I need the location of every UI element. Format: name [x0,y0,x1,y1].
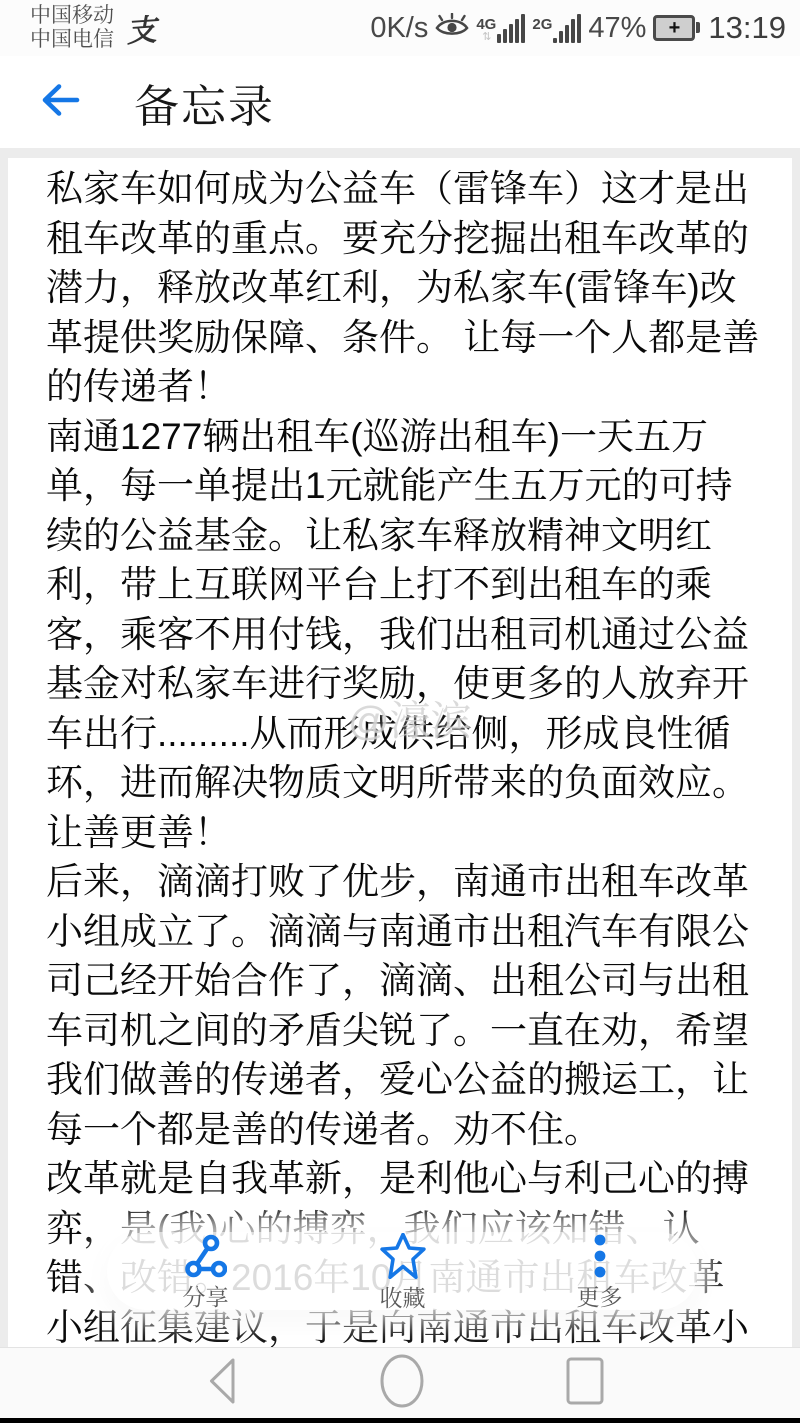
carrier-2: 中国电信 [30,28,114,52]
network-speed: 0K/s [370,12,428,45]
floating-toolbar: 分享 收藏 更多 [107,1232,698,1310]
status-bar: 中国移动 中国电信 支 0K/s 4G ⇅ [0,0,800,56]
note-line: 后来，滴滴打败了优步，南通市出租车改革 [46,857,766,907]
arrow-left-icon [39,80,81,125]
share-button[interactable]: 分享 [146,1234,266,1309]
phone-screen: 中国移动 中国电信 支 0K/s 4G ⇅ [0,0,800,1423]
note-line: 环，进而解决物质文明所带来的负面效应。 [46,758,766,808]
note-line: 单，每一单提出1元就能产生五万元的可持 [46,461,766,511]
carrier-1: 中国移动 [30,4,114,28]
note-line: 小组成立了。滴滴与南通市出租汽车有限公 [46,907,766,957]
sim1-signal: 4G ⇅ [476,13,525,43]
note-line: 利，带上互联网平台上打不到出租车的乘 [46,560,766,610]
nav-home-button[interactable] [357,1348,447,1419]
navigation-bar [0,1347,800,1419]
note-line: 基金对私家车进行奖励，使更多的人放弃开 [46,659,766,709]
square-icon [564,1355,606,1412]
favorite-label: 收藏 [380,1286,426,1310]
note-line: 车出行.........从而形成供给侧，形成良性循 [46,709,766,759]
note-line: 续的公益基金。让私家车释放精神文明红 [46,511,766,561]
note-line: 让善更善！ [46,808,766,858]
note-line: 每一个都是善的传递者。劝不住。 [46,1105,766,1155]
note-line: 的传递者！ [46,362,766,412]
battery-percent: 47% [588,12,646,45]
more-label: 更多 [577,1285,623,1309]
nav-back-button[interactable] [177,1348,267,1419]
app-header: 备忘录 [0,56,800,148]
battery-charging-icon: + [653,15,695,41]
star-outline-icon [379,1233,427,1284]
note-line: 革提供奖励保障、条件。 让每一个人都是善 [46,313,766,363]
note-card[interactable]: 私家车如何成为公益车（雷锋车）这才是出租车改革的重点。要充分挖掘出租车改革的潜力… [8,158,792,1347]
eye-comfort-icon [435,13,469,44]
page-title: 备忘录 [134,70,275,135]
nav-recents-button[interactable] [540,1348,630,1419]
note-line: 客，乘客不用付钱，我们出租司机通过公益 [46,610,766,660]
signal-bars-icon [497,13,525,43]
sim2-signal: 2G ⇅ [532,13,581,43]
note-line: 司己经开始合作了，滴滴、出租公司与出租 [46,956,766,1006]
data-arrows-icon: ⇅ [482,32,490,43]
triangle-left-icon [204,1355,240,1412]
favorite-button[interactable]: 收藏 [343,1233,463,1310]
status-time: 13:19 [708,10,786,46]
note-body: 私家车如何成为公益车（雷锋车）这才是出租车改革的重点。要充分挖掘出租车改革的潜力… [8,158,792,1347]
signal-bars-icon [553,13,581,43]
note-line: 我们做善的传递者，爱心公益的搬运工，让 [46,1055,766,1105]
note-line: 改革就是自我革新，是利他心与利己心的搏 [46,1154,766,1204]
content-area: 私家车如何成为公益车（雷锋车）这才是出租车改革的重点。要充分挖掘出租车改革的潜力… [0,148,800,1347]
circle-icon [378,1353,426,1414]
carrier-names: 中国移动 中国电信 [30,4,114,52]
more-button[interactable]: 更多 [540,1234,660,1309]
signature-pen-icon: 支 [125,5,158,51]
vertical-ellipsis-icon [594,1234,606,1283]
share-label: 分享 [183,1285,229,1309]
back-button[interactable] [38,80,82,124]
note-line: 租车改革的重点。要充分挖掘出租车改革的 [46,214,766,264]
note-line: 车司机之间的矛盾尖锐了。一直在劝，希望 [46,1006,766,1056]
sim2-network-type: 2G [532,17,552,32]
status-bar-right: 0K/s 4G ⇅ 2G ⇅ [370,10,790,46]
note-line: 私家车如何成为公益车（雷锋车）这才是出 [46,164,766,214]
share-nodes-icon [185,1234,227,1283]
note-line: 潜力，释放改革红利，为私家车(雷锋车)改 [46,263,766,313]
screen-bottom-edge [0,1418,800,1423]
note-line: 南通1277辆出租车(巡游出租车)一天五万 [46,412,766,462]
sim1-network-type: 4G [476,17,496,32]
